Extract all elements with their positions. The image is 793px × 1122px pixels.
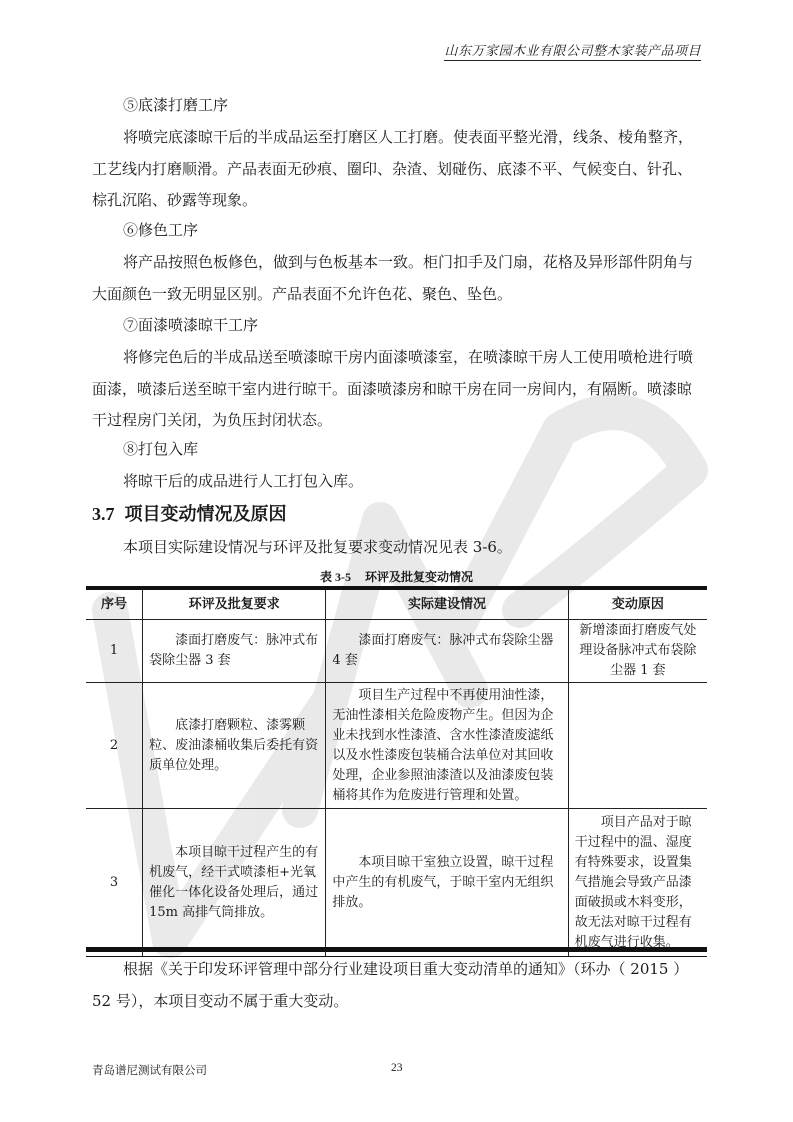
header-reason: 变动原因: [568, 588, 707, 620]
cell-actual: 项目生产过程中不再使用油性漆，无油性漆相关危险废物产生。但因为企业未找到水性漆渣…: [326, 683, 568, 809]
change-table: 序号 环评及批复要求 实际建设情况 变动原因 1 漆面打磨废气：脉冲式布袋除尘器…: [86, 586, 707, 957]
section-number: 3.7: [92, 504, 115, 524]
cell-no: 1: [86, 620, 143, 683]
conclusion-paragraph: 根据《关于印发环评管理中部分行业建设项目重大变动清单的通知》（环办（ 2015 …: [92, 954, 706, 1017]
section-title: 项目变动情况及原因: [125, 504, 287, 525]
header-no: 序号: [86, 588, 143, 620]
cell-requirement: 本项目晾干过程产生的有机废气，经干式喷漆柜+光氧催化一体化设备处理后，通过 15…: [143, 809, 326, 957]
section-heading-3-7: 3.7项目变动情况及原因: [92, 500, 287, 526]
cell-no: 2: [86, 683, 143, 809]
cell-reason: 项目产品对于晾干过程中的温、湿度有特殊要求，设置集气措施会导致产品漆面破损或木料…: [568, 809, 707, 957]
step-8-body: 将晾干后的成品进行人工打包入库。: [92, 466, 706, 498]
table-caption-title: 环评及批复变动情况: [365, 570, 473, 584]
cell-reason: [568, 683, 707, 809]
table-header-row: 序号 环评及批复要求 实际建设情况 变动原因: [86, 588, 707, 620]
step-5-heading: ⑤底漆打磨工序: [123, 94, 228, 115]
step-5-body: 将喷完底漆晾干后的半成品运至打磨区人工打磨。使表面平整光滑，线条、棱角整齐，工艺…: [92, 122, 706, 217]
header-actual: 实际建设情况: [326, 588, 568, 620]
cell-reason: 新增漆面打磨废气处理设备脉冲式布袋除尘器 1 套: [568, 620, 707, 683]
table-row: 3 本项目晾干过程产生的有机废气，经干式喷漆柜+光氧催化一体化设备处理后，通过 …: [86, 809, 707, 957]
cell-actual: 本项目晾干室独立设置，晾干过程中产生的有机废气，于晾干室内无组织排放。: [326, 809, 568, 957]
page-number: 23: [391, 1062, 403, 1074]
section-intro: 本项目实际建设情况与环评及批复要求变动情况见表 3-6。: [92, 532, 706, 564]
footer-company: 青岛谱尼测试有限公司: [92, 1062, 207, 1078]
cell-actual: 漆面打磨废气：脉冲式布袋除尘器 4 套: [326, 620, 568, 683]
table-caption-number: 表 3-5: [320, 570, 351, 584]
step-8-heading: ⑧打包入库: [123, 438, 198, 459]
table-row: 2 底漆打磨颗粒、漆雾颗粒、废油漆桶收集后委托有资质单位处理。 项目生产过程中不…: [86, 683, 707, 809]
table-caption: 表 3-5环评及批复变动情况: [0, 568, 793, 585]
step-7-body: 将修完色后的半成品送至喷漆晾干房内面漆喷漆室，在喷漆晾干房人工使用喷枪进行喷面漆…: [92, 342, 706, 437]
step-6-body: 将产品按照色板修色，做到与色板基本一致。柜门扣手及门扇，花格及异形部件阴角与大面…: [92, 247, 706, 310]
cell-no: 3: [86, 809, 143, 957]
step-6-heading: ⑥修色工序: [123, 219, 198, 240]
table-row: 1 漆面打磨废气：脉冲式布袋除尘器 3 套 漆面打磨废气：脉冲式布袋除尘器 4 …: [86, 620, 707, 683]
step-7-heading: ⑦面漆喷漆晾干工序: [123, 314, 258, 335]
header-requirement: 环评及批复要求: [143, 588, 326, 620]
cell-requirement: 漆面打磨废气：脉冲式布袋除尘器 3 套: [143, 620, 326, 683]
table-bottom-rule: [86, 947, 707, 952]
cell-requirement: 底漆打磨颗粒、漆雾颗粒、废油漆桶收集后委托有资质单位处理。: [143, 683, 326, 809]
running-header-title: 山东万家园木业有限公司整木家装产品项目: [444, 40, 701, 61]
